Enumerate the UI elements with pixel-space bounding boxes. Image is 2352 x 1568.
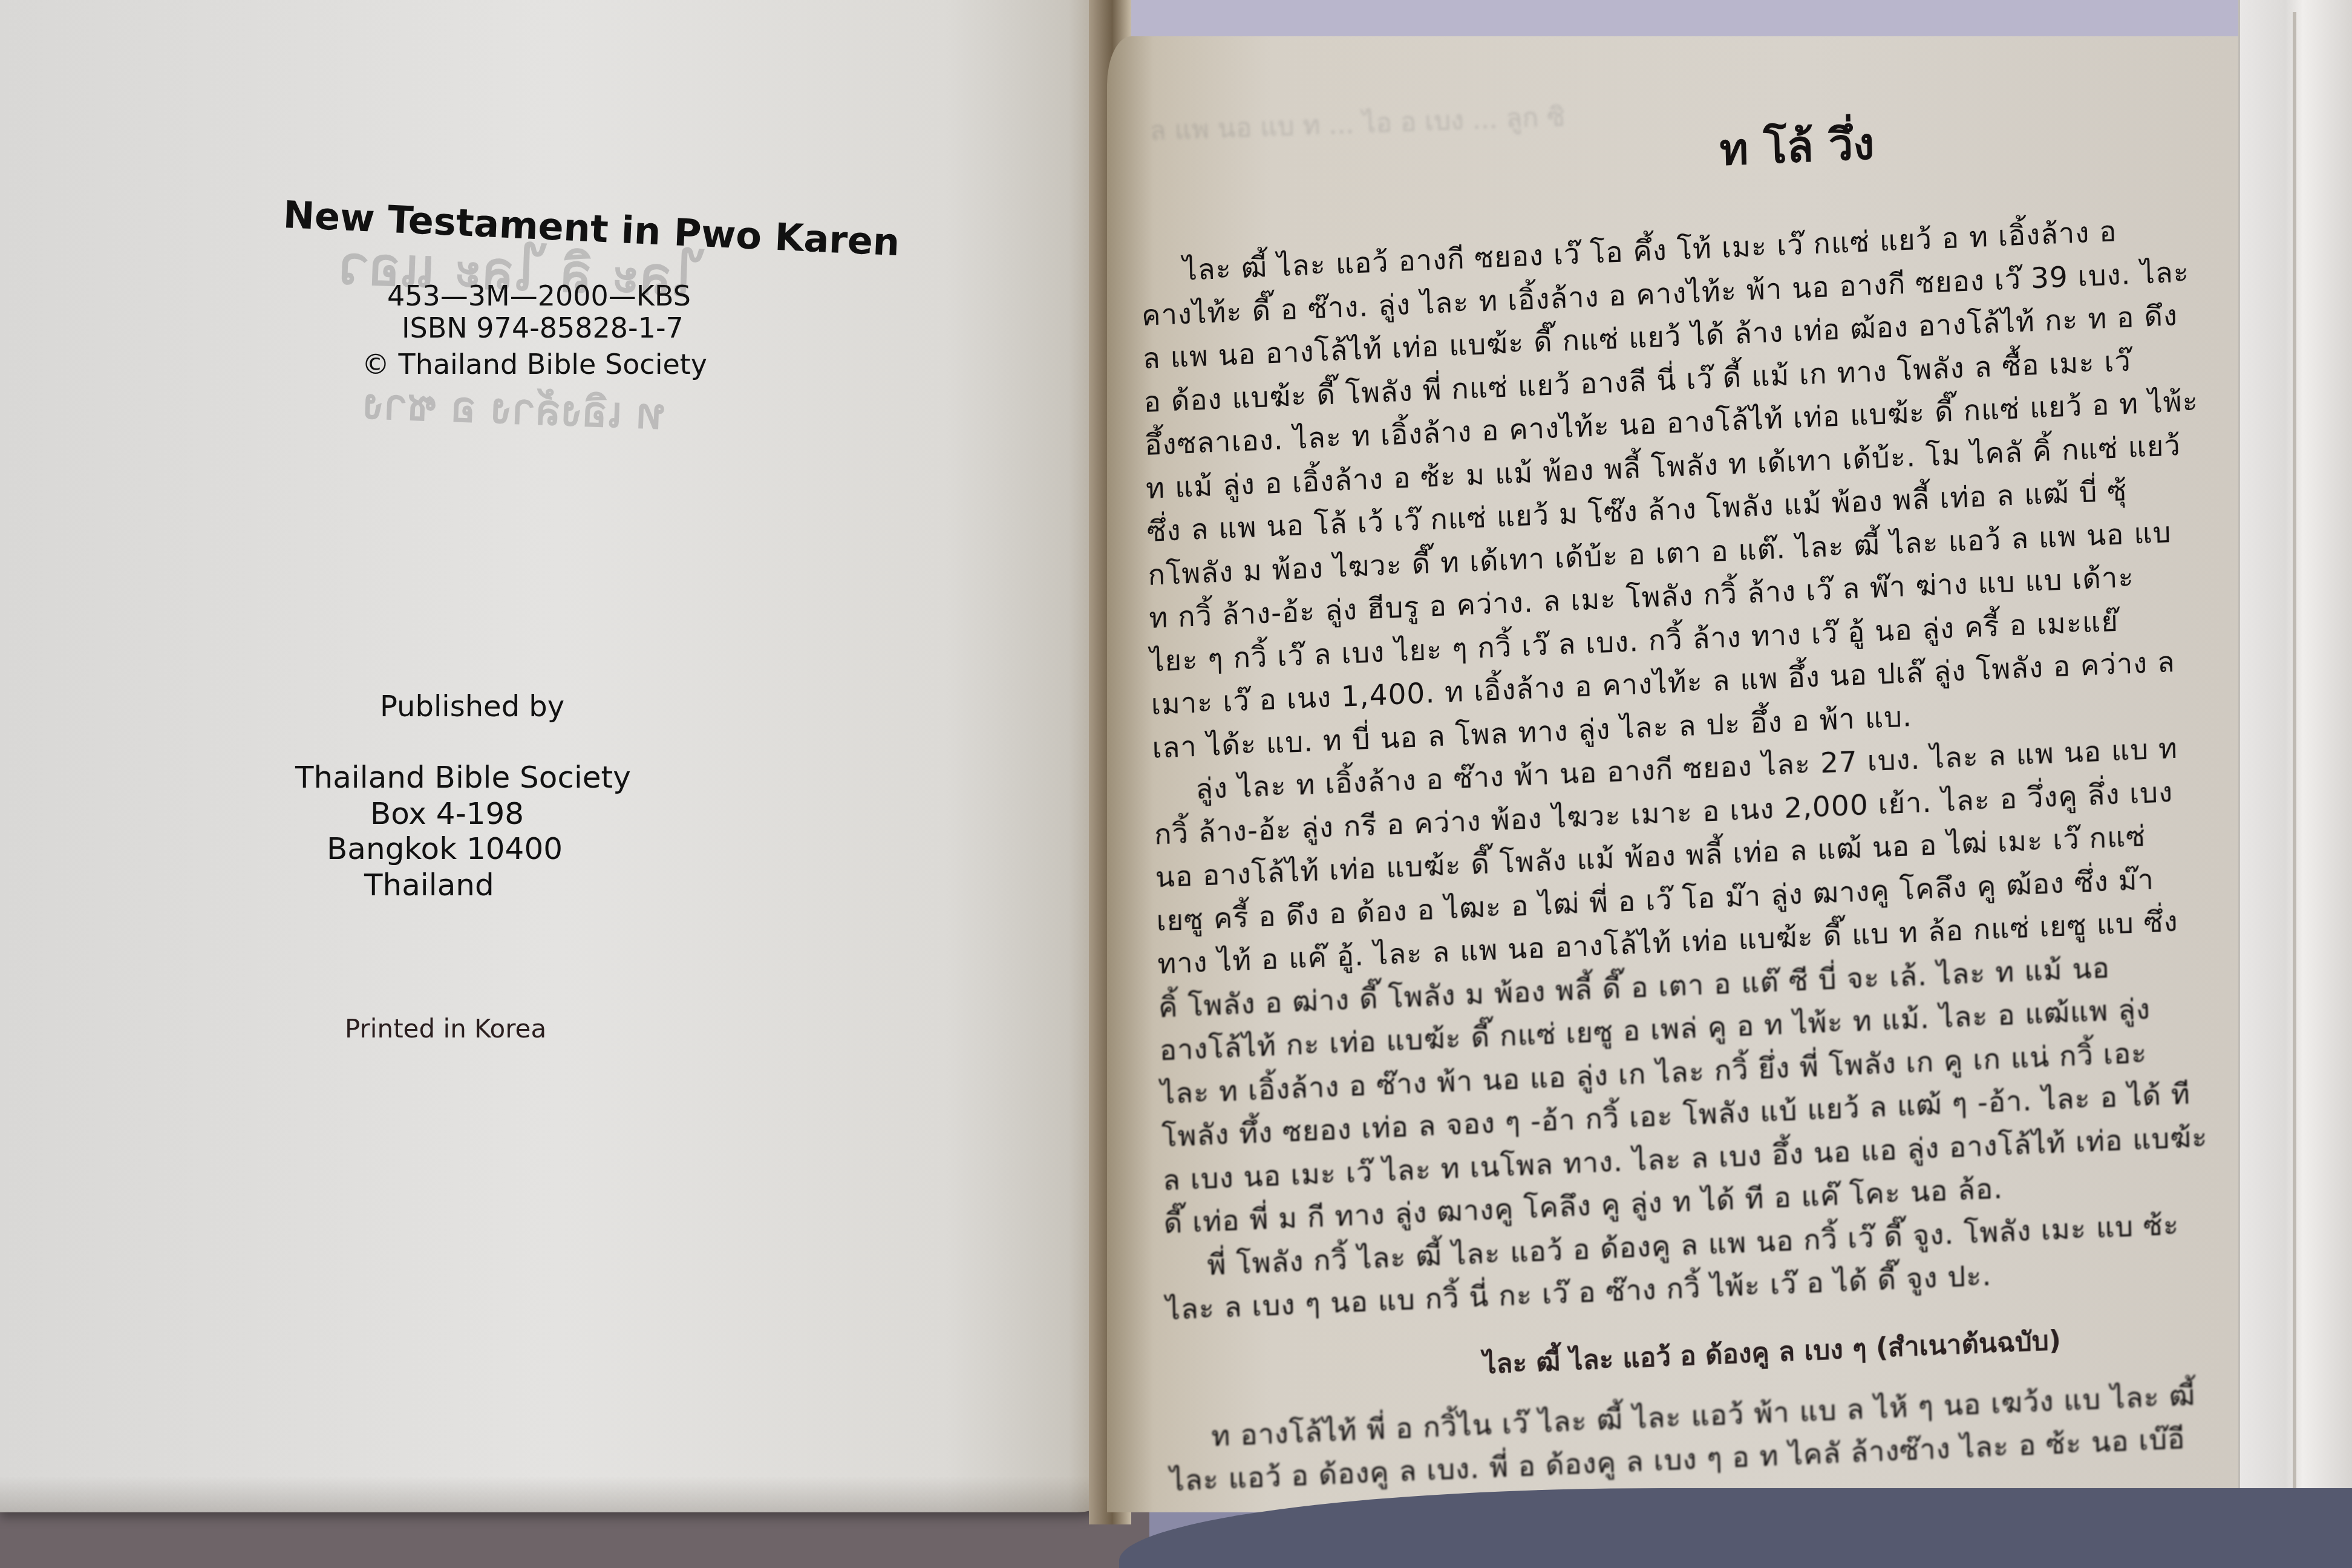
copyright-notice: © Thailand Bible Society xyxy=(362,348,707,381)
published-by-label: Published by xyxy=(380,690,564,724)
publisher-city: Bangkok 10400 xyxy=(327,831,563,866)
print-code: 453—3M—2000—KBS xyxy=(387,279,691,312)
isbn: ISBN 974-85828-1-7 xyxy=(402,312,684,344)
paragraph: ลู่ง ไละ ท เอิ้งล้าง อ ซ๊าง พ้า นอ อางกี… xyxy=(1152,725,2228,1246)
publisher-name: Thailand Bible Society xyxy=(295,760,631,795)
printed-in: Printed in Korea xyxy=(345,1014,546,1044)
page-stack-line xyxy=(2293,12,2296,1512)
page-edge-shadow xyxy=(0,1476,1113,1512)
publisher-box: Box 4-198 xyxy=(370,796,524,831)
bleed-through-text: ท เอิงล้าง อ ซาง xyxy=(362,370,665,447)
right-page-text: ท โล้ วึ่ง ไละ ฒี้ ไละ แอว้ อางกี ซยอง เ… xyxy=(1137,94,2235,1503)
publisher-country: Thailand xyxy=(364,867,494,903)
paragraph: ไละ ฒี้ ไละ แอว้ อางกี ซยอง เว๊ โอ คึ้ง … xyxy=(1140,206,2216,770)
